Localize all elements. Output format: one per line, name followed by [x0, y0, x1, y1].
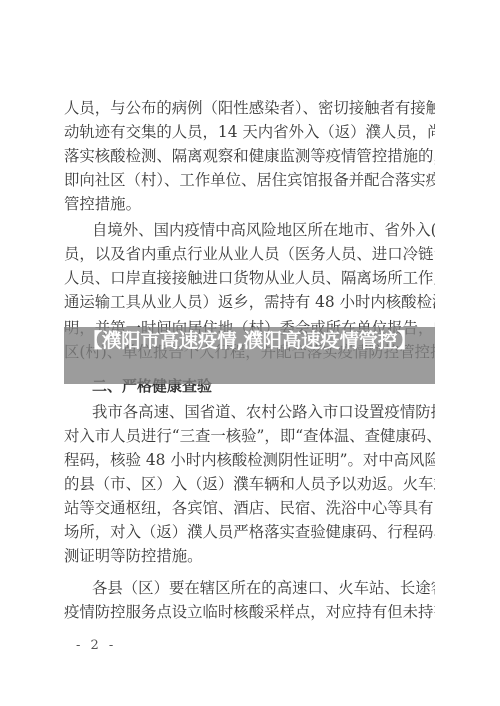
text-line: 落实核酸检测、隔离观察和健康监测等疫情管控措施的，均须立	[64, 146, 435, 166]
text-line: 疫情防控服务点设立临时核酸采样点，对应持有但未持有核酸检	[64, 602, 435, 622]
text-line: 站等交通枢纽，各宾馆、酒店、民宿、洗浴中心等具有留宿功能	[64, 498, 435, 518]
text-line: 程码，核验 48 小时内核酸检测阴性证明”。对中高风险地区所在	[64, 450, 435, 470]
text-line: 人员、口岸直接接触进口货物从业人员、隔离场所工作人员、交	[64, 268, 435, 288]
text-line: 自境外、国内疫情中高风险地区所在地市、省外入(返)濮人	[92, 220, 435, 240]
page-number: - 2 -	[76, 638, 116, 653]
text-line: 场所，对入（返）濮人员严格落实查验健康码、行程码、核酸检	[64, 522, 435, 542]
text-line: 即向社区（村）、工作单位、居住宾馆报备并配合落实疫情防控	[64, 170, 435, 190]
text-line: 通运输工具从业人员）返乡，需持有 48 小时内核酸检测阴性证	[64, 292, 435, 312]
text-line: 我市各高速、国省道、农村公路入市口设置疫情防控服务点，	[92, 402, 435, 422]
text-line: 各县（区）要在辖区所在的高速口、火车站、长途客运站等	[92, 578, 435, 598]
text-line: 的县（市、区）入（返）濮车辆和人员予以劝返。火车站、汽车	[64, 474, 435, 494]
text-line: 动轨迹有交集的人员，14 天内省外入（返）濮人员，尚未报备、	[64, 122, 435, 142]
text-line: 员，以及省内重点行业从业人员（医务人员、进口冷链食品从业	[64, 244, 435, 264]
text-line: 管控措施。	[64, 194, 435, 214]
text-line: 对入市人员进行“三查一核验”，即“查体温、查健康码、查行	[64, 426, 435, 446]
text-line: 人员，与公布的病例（阳性感染者）、密切接触者有接触史或行	[64, 98, 435, 118]
overlay-title: 【濮阳市高速疫情,濮阳高速疫情管控】	[64, 327, 435, 384]
text-line: 测证明等防控措施。	[64, 546, 435, 566]
